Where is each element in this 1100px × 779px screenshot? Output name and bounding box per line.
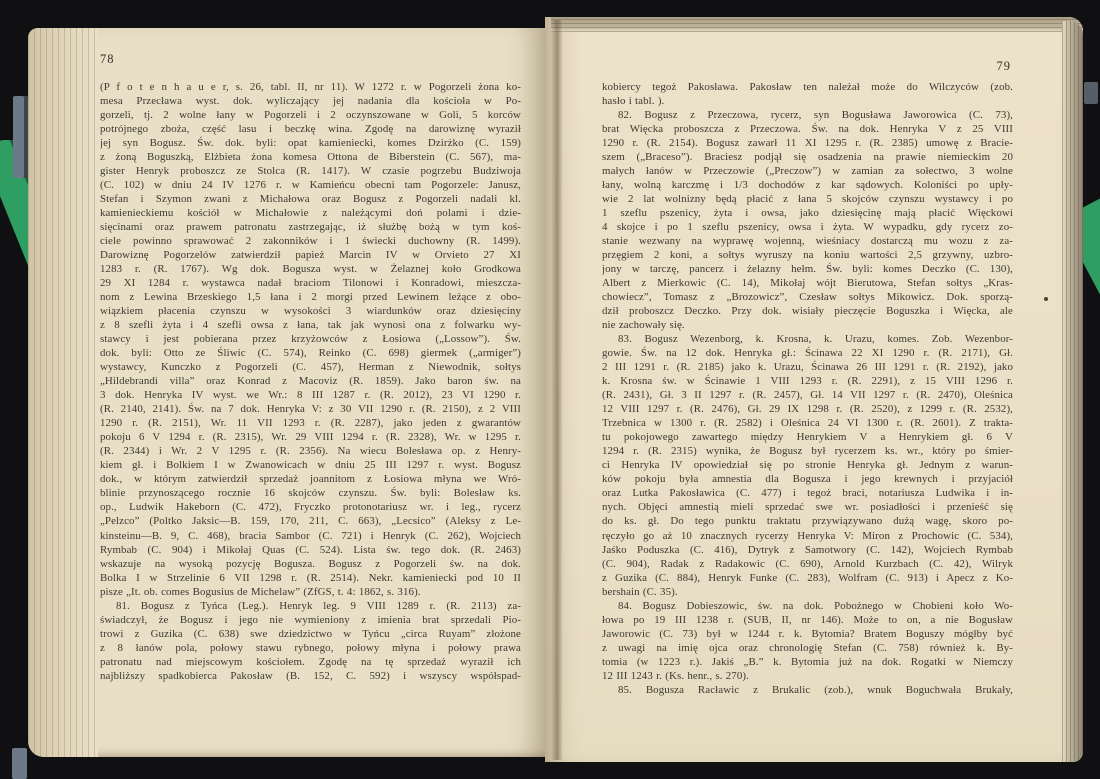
paragraph: 84. Bogusz Dobieszowic, św. na dok. Pobo… (602, 599, 1013, 683)
text-line: jony w tarczę, pancerz i żelazny hełm. Ś… (602, 262, 1013, 276)
text-line: Rymbab (C. 904) i Mikołaj Quas (C. 524).… (100, 543, 521, 557)
text-line: stanie wezwany na wyprawę wojenną, wieśn… (602, 234, 1013, 248)
text-line: tu pokojowego zawartego między Henrykiem… (602, 430, 1013, 444)
text-line: łany, wolną karczmę i 1/3 dochodów z kar… (602, 178, 1013, 192)
paragraph: 82. Bogusz z Przeczowa, rycerz, syn Bogu… (602, 108, 1013, 332)
text-line: 1283 r. (R. 1767). Wg dok. Bogusza wyst.… (100, 262, 521, 276)
text-column: kobiercy tegoż Pakosława. Pakosław ten n… (602, 80, 1013, 697)
bookmark-tab (1084, 82, 1098, 104)
page-stack-fore-edge (28, 28, 98, 757)
text-line: 3 dok. Henryka IV wyst. we Wr.: 8 III 12… (100, 388, 521, 402)
text-line: szem („Braceso”). Braciesz podjął się os… (602, 150, 1013, 164)
text-line: Bolka I w Strzelinie 6 VII 1298 r. (R. 2… (100, 571, 521, 585)
text-line: „Pelzco” (Poltko Jaksic—B. 159, 170, 211… (100, 514, 521, 528)
page-stack-right-edge (1062, 21, 1083, 762)
text-line: 83. Bogusz Wezenborg, k. Krosna, k. Uraz… (602, 332, 1013, 346)
text-line: dził proboszcz Deczko. Przy dok. wisiały… (602, 304, 1013, 318)
page-number: 79 (997, 59, 1012, 74)
text-line: dok. byli: Otto ze Śliwic (C. 574), Rein… (100, 346, 521, 360)
text-line: brat Więcka proboszcza z Przeczowa. Św. … (602, 122, 1013, 136)
text-line: z uwagi na imię ojca oraz chronologię St… (602, 641, 1013, 655)
text-line: świadczył, że Bogusz i jego nie wymienio… (100, 613, 521, 627)
text-line: nie zachowały się. (602, 318, 1013, 332)
text-line: z Guzika (C. 884), Henryk Funke (C. 283)… (602, 571, 1013, 585)
text-line: trowi z Guzika (C. 638) swe dziedzictwo … (100, 627, 521, 641)
text-line: mesa Przecława wyst. dok. wyliczający je… (100, 94, 521, 108)
book-page-left: 78 (P f o t e n h a u e r, s. 26, tabl. … (28, 28, 545, 757)
bookmark-tab (12, 748, 27, 779)
text-line: wskazuje na wysoką pozycję Bogusza. Bogu… (100, 557, 521, 571)
text-line: z 8 łanów pola, połowy stawu rybnego, po… (100, 641, 521, 655)
text-line: oraz Lutka Pakosławica (C. 477) i tegoż … (602, 486, 1013, 500)
bookmark-tab (13, 96, 28, 178)
paragraph: 81. Bogusz z Tyńca (Leg.). Henryk leg. 9… (100, 599, 521, 683)
text-line: tomia (w 1223 r.). Jakiś „B.” k. Bytomia… (602, 655, 1013, 669)
text-line: 85. Bogusza Racławic z Brukalic (zob.), … (602, 683, 1013, 697)
text-line: 2 III 1291 r. (R. 2185) jako k. Urazu, Ś… (602, 360, 1013, 374)
text-line: 1290 r. (R. 2154). Bogusz zawarł 11 XI 1… (602, 136, 1013, 150)
text-line: sięcinami oraz prawem patronatu zastrzeg… (100, 220, 521, 234)
text-line: chowiecz”, Tomasz z „Brozowicz”, Czesław… (602, 290, 1013, 304)
text-line: ków pokoju była amnestia dla Bogusza i j… (602, 472, 1013, 486)
text-line: op., Ludwik Hakeborn (C. 472), Fryczko p… (100, 500, 521, 514)
text-line: najbliższy spadkobierca Pakosław (B. 152… (100, 669, 521, 683)
text-line: gowie. Św. na 12 dok. Henryka gł.: Ścina… (602, 346, 1013, 360)
text-line: wie 2 lat wolnizny będą płacić z łana 5 … (602, 192, 1013, 206)
book-page-right: 79 kobiercy tegoż Pakosława. Pakosław te… (545, 17, 1083, 762)
text-line: ciele powinno sprawować 2 zakonników i 1… (100, 234, 521, 248)
text-line: k. Krosna św. w Ścinawie 1 VIII 1293 r. … (602, 374, 1013, 388)
text-line: nych. Objęci amnestią mieli sprzedać swe… (602, 500, 1013, 514)
text-line: pisze „It. ob. comes Bogusius de Michela… (100, 585, 521, 599)
photo-background: 78 (P f o t e n h a u e r, s. 26, tabl. … (0, 0, 1100, 779)
text-line: łowa po 19 III 1238 r. (SUB, II, nr 146)… (602, 613, 1013, 627)
paragraph: 85. Bogusza Racławic z Brukalic (zob.), … (602, 683, 1013, 697)
text-line: 1290 r. (R. 2151), Wr. 11 VII 1293 r. (R… (100, 416, 521, 430)
text-line: gorzeli, tj. 2 wolne łany w Pogorzeli i … (100, 108, 521, 122)
text-line: Jaśko Poduszka (C. 416), Dytryk z Samotw… (602, 543, 1013, 557)
text-line: gister Henryk proboszcz ze Stolca (R. 14… (100, 164, 521, 178)
paragraph: kobiercy tegoż Pakosława. Pakosław ten n… (602, 80, 1013, 108)
text-column: (P f o t e n h a u e r, s. 26, tabl. II,… (100, 80, 521, 683)
text-line: 1294 r. (R. 2315) wynika, że Bogusz był … (602, 444, 1013, 458)
text-line: Trzebnica w 1300 r. (R. 2582) i Oleśnica… (602, 416, 1013, 430)
text-line: hasło i tabl. ). (602, 94, 1013, 108)
text-line: stawcy i jest pobierana przez krzyżowców… (100, 332, 521, 346)
text-line: nom z Lewina Brzeskiego 1,5 łana i 2 mor… (100, 290, 521, 304)
text-line: jej syn Bogusz. Św. dok. byli: opat kami… (100, 136, 521, 150)
text-line: do ks. gł. Do tego punktu traktatu przyw… (602, 514, 1013, 528)
page-stack-top-edge (551, 17, 1083, 32)
text-line: „Hildebrandi villa” oraz Konrad z Macovi… (100, 374, 521, 388)
text-line: (C. 102) w dniu 24 IV 1276 r. w Kamieńcu… (100, 178, 521, 192)
text-line: Jaworowic (C. 73) był w 1244 r. k. Bytom… (602, 627, 1013, 641)
text-line: 1 szeflu pszenicy, żyta i owsa, jako dzi… (602, 206, 1013, 220)
book-gutter-shadow (551, 20, 562, 760)
paragraph: 83. Bogusz Wezenborg, k. Krosna, k. Uraz… (602, 332, 1013, 598)
text-line: kamienieckiemu kościół w Michałowie z na… (100, 206, 521, 220)
text-line: (R. 2344) i Wr. 2 V 1295 r. (R. 2356). N… (100, 444, 521, 458)
text-line: blinie przynoszącego rocznie 16 skojców … (100, 486, 521, 500)
paragraph: (P f o t e n h a u e r, s. 26, tabl. II,… (100, 80, 521, 599)
text-line: 82. Bogusz z Przeczowa, rycerz, syn Bogu… (602, 108, 1013, 122)
text-line: wystawcy, Kunczko z Pogorzeli (C. 457), … (100, 360, 521, 374)
text-line: kiem gł. i Bolkiem I w Zwanowicach w dni… (100, 458, 521, 472)
text-line: (P f o t e n h a u e r, s. 26, tabl. II,… (100, 80, 521, 94)
text-line: patronatu nad miejscowym kościołem. Zgod… (100, 655, 521, 669)
text-line: dok., w którym zatwierdził sprzedaż joan… (100, 472, 521, 486)
text-line: kinsteinu—B. 9, C. 468), bracia Sambor (… (100, 529, 521, 543)
ink-speck (1044, 297, 1048, 301)
text-line: ręczyło go aż 10 znacznych rycerzy Henry… (602, 529, 1013, 543)
text-line: Stefan i Szymon zwani z Michałowa oraz B… (100, 192, 521, 206)
text-line: wiązkiem płacenia czynszu w wysokości 3 … (100, 304, 521, 318)
text-line: małych łanów w Przeczowie („Preczow”) w … (602, 164, 1013, 178)
text-line: 12 VIII 1297 r. (R. 2476), Gł. 29 IX 129… (602, 402, 1013, 416)
text-line: 81. Bogusz z Tyńca (Leg.). Henryk leg. 9… (100, 599, 521, 613)
text-line: 29 XI 1284 r. wystawca nadał braciom Til… (100, 276, 521, 290)
text-line: 4 skojce i po 1 szeflu pszenicy, owsa i … (602, 220, 1013, 234)
page-number: 78 (100, 52, 115, 67)
text-line: potrójnego zboża, część lasu i beczkę wi… (100, 122, 521, 136)
text-line: bershain (C. 35). (602, 585, 1013, 599)
text-line: (C. 904), Radak z Radakowic (C. 690), Ar… (602, 557, 1013, 571)
text-line: 84. Bogusz Dobieszowic, św. na dok. Pobo… (602, 599, 1013, 613)
text-line: (R. 2140, 2141). Św. na 7 dok. Henryka V… (100, 402, 521, 416)
text-line: 12 III 1243 r. (Ks. henr., s. 270). (602, 669, 1013, 683)
text-line: z 8 szefli żyta i 4 szefli owsa z łana, … (100, 318, 521, 332)
text-line: z żoną Boguszką, Elżbieta żona komesa Ot… (100, 150, 521, 164)
text-line: pokoju 6 V 1294 r. (R. 2315), Wr. 29 VII… (100, 430, 521, 444)
text-line: ci Henryka IV opowiedział się po stronie… (602, 458, 1013, 472)
text-line: Albert z Mierkowic (C. 14), Mikołaj wójt… (602, 276, 1013, 290)
text-line: przęgiem 2 koni, a sołtys wyruszy na kon… (602, 248, 1013, 262)
text-line: Darowiznę Pogorzelów zatwierdził papież … (100, 248, 521, 262)
text-line: kobiercy tegoż Pakosława. Pakosław ten n… (602, 80, 1013, 94)
text-line: (R. 2431), Gł. 3 II 1297 r. (R. 2457), G… (602, 388, 1013, 402)
